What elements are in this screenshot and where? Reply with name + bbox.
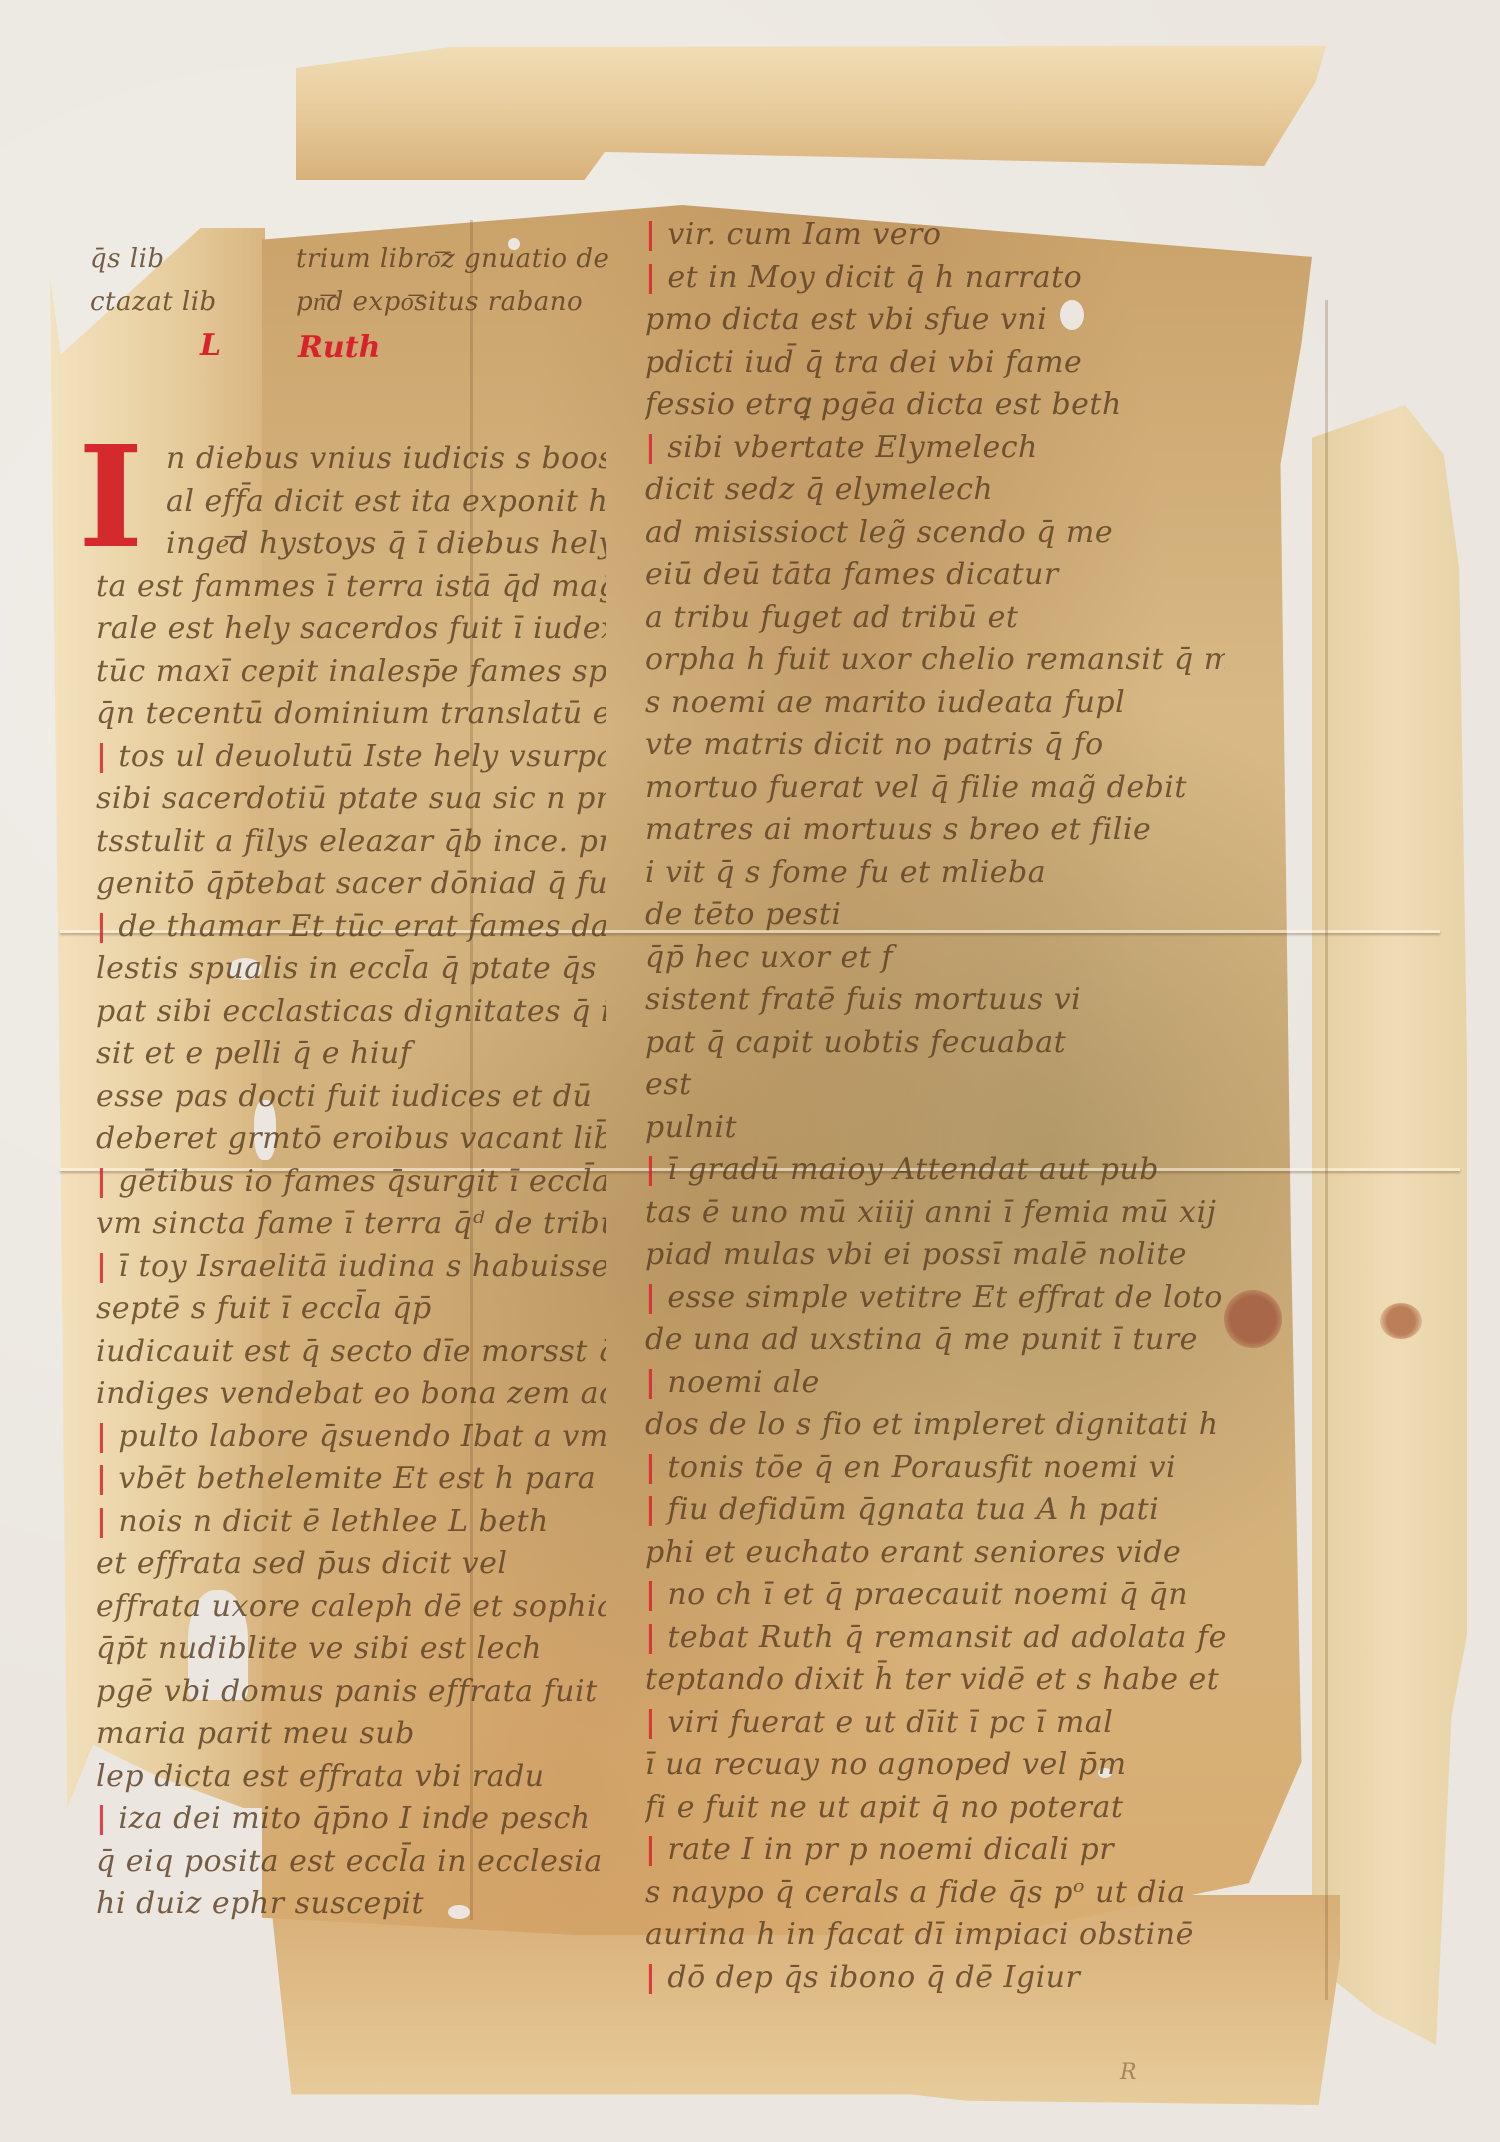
text-line: maria parit meu sub xyxy=(96,1713,606,1756)
text-line: matres ai mortuus s breo et filie xyxy=(645,809,1225,852)
text-line: dicit sedz q̄ elymelech xyxy=(645,469,1225,512)
rubrication-stroke: | xyxy=(96,1801,118,1836)
text-line: iudicauit est q̄ secto dīe morsst q̄m xyxy=(96,1331,606,1374)
round-stain-small xyxy=(1380,1303,1422,1339)
header-line: trium libro͞z gnuatio de xyxy=(296,238,636,281)
right-column-text: | vir. cum Iam vero | et in Moy dicit q̄… xyxy=(645,214,1225,1999)
text-line: vm sincta fame ī terra q̄ᵈ de tribus xyxy=(96,1203,606,1246)
left-column-text: n diebus vnius iudicis s boos q̄ͣal eff̄… xyxy=(96,438,606,1926)
rubrication-stroke: | xyxy=(645,1152,667,1187)
text-line: orpha h fuit uxor chelio remansit q̄ me xyxy=(645,639,1225,682)
text-line: | vir. cum Iam vero xyxy=(645,214,1225,257)
text-line: al eff̄a dicit est ita exponit hebrei xyxy=(96,481,606,524)
rubric-title-ruth: Ruth xyxy=(298,330,380,365)
rubrication-stroke: | xyxy=(96,1504,118,1539)
text-line: q̄ eiq posita est eccl̄a in ecclesia Iud… xyxy=(96,1841,606,1884)
text-line: q̄p̄ hec uxor et f xyxy=(645,937,1225,980)
text-line: phi et euchato erant seniores vide xyxy=(645,1532,1225,1575)
rubrication-stroke: | xyxy=(96,1419,118,1454)
header-line: q̄s lib xyxy=(90,238,260,281)
header-center-fragment: trium libro͞z gnuatio de pn͞d expo͞situs… xyxy=(296,238,636,323)
text-line: sistent fratē fuis mortuus vi xyxy=(645,979,1225,1022)
rubrication-stroke: | xyxy=(645,1280,667,1315)
rubrication-stroke: | xyxy=(645,217,667,252)
round-stain-large xyxy=(1224,1290,1282,1348)
text-line: tūc maxī cepit inalesp̄e fames spual xyxy=(96,651,606,694)
text-line: genitō q̄p̄tebat sacer dōniad q̄ fuit xyxy=(96,863,606,906)
text-line: deberet grmtō eroibus vacant lib̄ et xyxy=(96,1118,606,1161)
rubrication-stroke: | xyxy=(645,1577,667,1612)
rubrication-stroke: | xyxy=(96,909,118,944)
text-line: tas ē uno mū xiiij anni ī femia mū xij xyxy=(645,1192,1225,1235)
text-line: de tēto pesti xyxy=(645,894,1225,937)
text-line: fi e fuit ne ut apit q̄ no poterat xyxy=(645,1787,1225,1830)
text-line: ta est fammes ī terra istā q̄d mag̃ mo xyxy=(96,566,606,609)
text-line: | tos ul deuolutū Iste hely vsurpauit xyxy=(96,736,606,779)
rubrication-stroke: | xyxy=(96,1164,118,1199)
text-line: | nois n dicit ē lethlee L beth xyxy=(96,1501,606,1544)
marginal-note-bottom: R xyxy=(1120,2060,1137,2085)
rubrication-stroke: | xyxy=(645,1705,667,1740)
text-line: inge͞d hystoys q̄ ī diebus hely sa xyxy=(96,523,606,566)
text-line: | gētibus io fames q̄surgit ī eccl̄a Iꝰ xyxy=(96,1161,606,1204)
text-line: | de thamar Et tūc erat fames da xyxy=(96,906,606,949)
rubrication-stroke: | xyxy=(645,1620,667,1655)
text-line: pmo dicta est vbi sfue vni xyxy=(645,299,1225,342)
text-line: aurina h in facat dī impiaci obstinē xyxy=(645,1914,1225,1957)
text-line: | sibi vbertate Elymelech xyxy=(645,427,1225,470)
header-left-fragment: q̄s lib ctazat lib xyxy=(90,238,260,323)
rubric-left-letter: L xyxy=(200,328,221,363)
text-line: teptando dixit h̄ ter vidē et s habe et xyxy=(645,1659,1225,1702)
text-line: lep dicta est effrata vbi radu xyxy=(96,1756,606,1799)
rubrication-stroke: | xyxy=(645,430,667,465)
text-line: pat q̄ capit uobtis fecuabat xyxy=(645,1022,1225,1065)
text-line: effrata uxore caleph dē et sophia xyxy=(96,1586,606,1629)
text-line: rale est hely sacerdos fuit ī iudex et xyxy=(96,608,606,651)
header-line: ctazat lib xyxy=(90,281,260,324)
text-line: fessio etrꝗ pgēa dicta est beth xyxy=(645,384,1225,427)
text-line: | viri fuerat e ut dīit ī pc ī mal xyxy=(645,1702,1225,1745)
text-line: | dō dep q̄s ibono q̄ dē Igiur xyxy=(645,1957,1225,2000)
text-line: pulnit xyxy=(645,1107,1225,1150)
rubrication-stroke: | xyxy=(645,1832,667,1867)
rubrication-stroke: | xyxy=(96,1461,118,1496)
text-line: hi duiz ephr suscepit xyxy=(96,1883,606,1926)
text-line: | iza dei mito q̄p̄no I inde pesch xyxy=(96,1798,606,1841)
text-line: | pulto labore q̄suendo Ibat a vm bethle… xyxy=(96,1416,606,1459)
text-line: | tonis tōe q̄ en Porausfit noemi vi xyxy=(645,1447,1225,1490)
text-line: de una ad uxstina q̄ me punit ī ture xyxy=(645,1319,1225,1362)
text-line: | ī gradū maioy Attendat aut pub xyxy=(645,1149,1225,1192)
text-line: n diebus vnius iudicis s boos q̄ͣ xyxy=(96,438,606,481)
rubrication-stroke: | xyxy=(96,1249,118,1284)
vertical-crease-right xyxy=(1325,300,1328,2000)
rubrication-stroke: | xyxy=(645,1960,667,1995)
text-line: et effrata sed p̄us dicit vel xyxy=(96,1543,606,1586)
text-line: | tebat Ruth q̄ remansit ad adolata fem xyxy=(645,1617,1225,1660)
text-line: tsstulit a filys eleazar q̄b ince. pmo xyxy=(96,821,606,864)
text-line: pat sibi ecclasticas dignitates q̄ indig… xyxy=(96,991,606,1034)
rubrication-stroke: | xyxy=(645,1492,667,1527)
rubrication-stroke: | xyxy=(96,739,118,774)
text-line: | fiu defidūm q̄gnata tua A h pati xyxy=(645,1489,1225,1532)
text-line: sit et e pelli q̄ e hiuf xyxy=(96,1033,606,1076)
text-line: q̄n tecentū dominium translatū est ad pl… xyxy=(96,693,606,736)
text-line: pgē vbi domus panis effrata fuit xyxy=(96,1671,606,1714)
text-line: s naypo q̄ cerals a fide q̄s pᵒ ut dia xyxy=(645,1872,1225,1915)
text-line: lestis spualis in eccl̄a q̄ ptate q̄s vs… xyxy=(96,948,606,991)
text-line: indiges vendebat eo bona zem actis xyxy=(96,1373,606,1416)
text-line: eiū deū tāta fames dicatur xyxy=(645,554,1225,597)
text-line: ad misissioct leg̃ scendo q̄ me xyxy=(645,512,1225,555)
text-line: dos de lo s fio et impleret dignitati h … xyxy=(645,1404,1225,1447)
rubrication-stroke: | xyxy=(645,1365,667,1400)
text-line: sibi sacerdotiū ptate sua sic n pmo xyxy=(96,778,606,821)
parchment-right-strip xyxy=(1312,405,1467,2045)
text-line: est xyxy=(645,1064,1225,1107)
text-line: septē s fuit ī eccl̄a q̄p̄ xyxy=(96,1288,606,1331)
text-line: | noemi ale xyxy=(645,1362,1225,1405)
text-line: esse pas docti fuit iudices et dū xyxy=(96,1076,606,1119)
text-line: | ī toy Israelitā iudina s habuisse xyxy=(96,1246,606,1289)
text-line: | esse simple vetitre Et effrat de loto … xyxy=(645,1277,1225,1320)
rubrication-stroke: | xyxy=(645,260,667,295)
text-line: ī ua recuay no agnoped vel p̄m xyxy=(645,1744,1225,1787)
text-line: | vbēt bethelemite Et est h para xyxy=(96,1458,606,1501)
rubrication-stroke: | xyxy=(645,1450,667,1485)
text-line: i vit q̄ s fome fu et mlieba xyxy=(645,852,1225,895)
text-line: mortuo fuerat vel q̄ filie mag̃ debit xyxy=(645,767,1225,810)
text-line: | no ch ī et q̄ praecauit noemi q̄ q̄n xyxy=(645,1574,1225,1617)
header-line: pn͞d expo͞situs rabano xyxy=(296,281,636,324)
text-line: vte matris dicit no patris q̄ fo xyxy=(645,724,1225,767)
text-line: a tribu fuget ad tribū et xyxy=(645,597,1225,640)
text-line: q̄p̄t nudiblite ve sibi est lech xyxy=(96,1628,606,1671)
text-line: piad mulas vbi ei possī malē nolite xyxy=(645,1234,1225,1277)
text-line: | et in Moy dicit q̄ h narrato xyxy=(645,257,1225,300)
text-line: | rate I in pr p noemi dicali pr xyxy=(645,1829,1225,1872)
text-line: pdicti iud̄ q̄ tra dei vbi fame xyxy=(645,342,1225,385)
text-line: s noemi ae marito iudeata fupl xyxy=(645,682,1225,725)
